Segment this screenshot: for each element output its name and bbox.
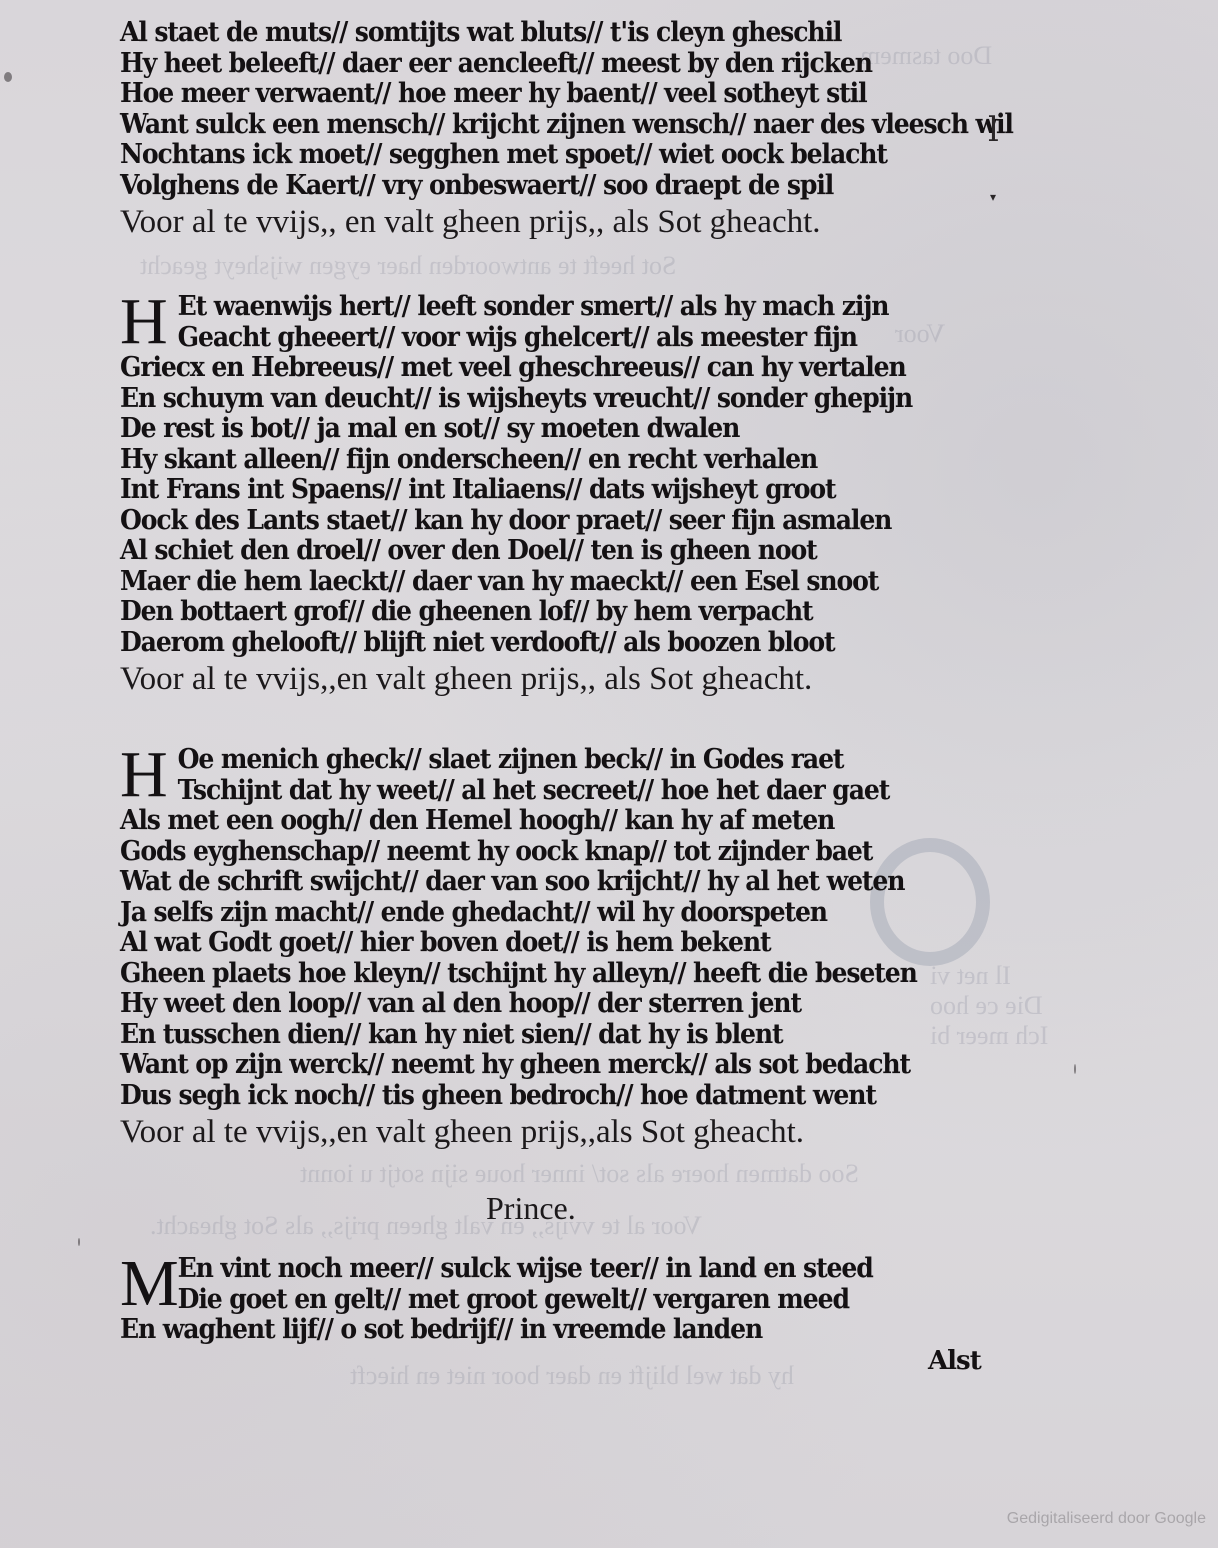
paper-speck <box>78 1238 80 1246</box>
verse-line: Gheen plaets hoe kleyn// tschijnt hy all… <box>120 959 917 990</box>
verse-line: Maer die hem laeckt// daer van hy maeckt… <box>120 567 912 598</box>
verse-line: En vint noch meer// sulck wijse teer// i… <box>120 1254 873 1285</box>
catchword: Alst <box>928 1346 981 1376</box>
margin-dot-mark: ▾ <box>990 190 996 204</box>
show-through-text: Sot heeft te antwoorden haer eygen wijsh… <box>140 250 676 281</box>
verse-line: Griecx en Hebreeus// met veel gheschreeu… <box>120 353 912 384</box>
digitization-watermark: Gedigitaliseerd door Google <box>1007 1510 1206 1528</box>
verse-line: Daerom ghelooft// blijft niet verdooft//… <box>120 628 912 659</box>
verse-line: En waghent lijf// o sot bedrijf// in vre… <box>120 1315 873 1346</box>
verse-line: Den bottaert grof// die gheenen lof// by… <box>120 597 912 628</box>
verse-line: Die goet en gelt// met groot gewelt// ve… <box>120 1285 873 1316</box>
stanza-2: H Et waenwijs hert// leeft sonder smert/… <box>120 292 972 698</box>
verse-line: En tusschen dien// kan hy niet sien// da… <box>120 1020 917 1051</box>
verse-line: Al staet de muts// somtijts wat bluts// … <box>120 18 1013 49</box>
verse-line: Geacht gheeert// voor wijs ghelcert// al… <box>120 323 912 354</box>
verse-line: En schuym van deucht// is wijsheyts vreu… <box>120 384 912 415</box>
verse-line: Ja selfs zijn macht// ende ghedacht// wi… <box>120 898 917 929</box>
verse-line: Hy skant alleen// fijn onderscheen// en … <box>120 445 912 476</box>
show-through-text: Voor al te vvijs,, en valt gheen prijs,,… <box>150 1210 702 1241</box>
verse-line: Al schiet den droel// over den Doel// te… <box>120 536 912 567</box>
verse-line: Oock des Lants staet// kan hy door praet… <box>120 506 912 537</box>
verse-line: Int Frans int Spaens// int Italiaens// d… <box>120 475 912 506</box>
verse-line: Als met een oogh// den Hemel hoogh// kan… <box>120 806 917 837</box>
verse-line: Volghens de Kaert// vry onbeswaert// soo… <box>120 171 1013 202</box>
verse-line: Hy weet den loop// van al den hoop// der… <box>120 989 917 1020</box>
section-heading-prince: Prince. <box>486 1190 576 1227</box>
verse-line: Want op zijn werck// neemt hy gheen merc… <box>120 1050 917 1081</box>
stanza-3: H Oe menich gheck// slaet zijnen beck// … <box>120 745 977 1151</box>
verse-line: Nochtans ick moet// segghen met spoet// … <box>120 140 1013 171</box>
show-through-text: Soo datmen hoere als sot/ inner houe sij… <box>300 1158 859 1189</box>
refrain-line: Voor al te vvijs,,en valt gheen prijs,, … <box>120 660 972 698</box>
verse-line: Et waenwijs hert// leeft sonder smert// … <box>120 292 912 323</box>
verse-line: Want sulck een mensch// krijcht zijnen w… <box>120 110 1013 141</box>
margin-bracket-mark: l <box>988 110 999 150</box>
paper-speck <box>4 72 12 82</box>
refrain-line: Voor al te vvijs,, en valt gheen prijs,,… <box>120 203 1080 241</box>
refrain-line: Voor al te vvijs,,en valt gheen prijs,,a… <box>120 1113 977 1151</box>
verse-line: Tschijnt dat hy weet// al het secreet// … <box>120 776 917 807</box>
scanned-book-page: Doo tasmem Sot heeft te antwoorden haer … <box>0 0 1218 1548</box>
stanza-envoi: M En vint noch meer// sulck wijse teer//… <box>120 1254 929 1346</box>
verse-line: Wat de schrift swijcht// daer van soo kr… <box>120 867 917 898</box>
drop-cap-block: M En vint noch meer// sulck wijse teer//… <box>120 1254 929 1315</box>
verse-line: Dus segh ick noch// tis gheen bedroch// … <box>120 1081 917 1112</box>
verse-line: Hy heet beleeft// daer eer aencleeft// m… <box>120 49 1013 80</box>
show-through-text: hy dat wel blijft en daer boor niet en h… <box>350 1360 794 1391</box>
paper-speck <box>1074 1064 1076 1074</box>
verse-line: Hoe meer verwaent// hoe meer hy baent// … <box>120 79 1013 110</box>
stanza-1: Al staet de muts// somtijts wat bluts// … <box>120 18 1080 241</box>
drop-cap-block: H Et waenwijs hert// leeft sonder smert/… <box>120 292 972 353</box>
drop-cap-block: H Oe menich gheck// slaet zijnen beck// … <box>120 745 977 806</box>
verse-line: Oe menich gheck// slaet zijnen beck// in… <box>120 745 917 776</box>
verse-line: Gods eyghenschap// neemt hy oock knap// … <box>120 837 917 868</box>
verse-line: Al wat Godt goet// hier boven doet// is … <box>120 928 917 959</box>
verse-line: De rest is bot// ja mal en sot// sy moet… <box>120 414 912 445</box>
